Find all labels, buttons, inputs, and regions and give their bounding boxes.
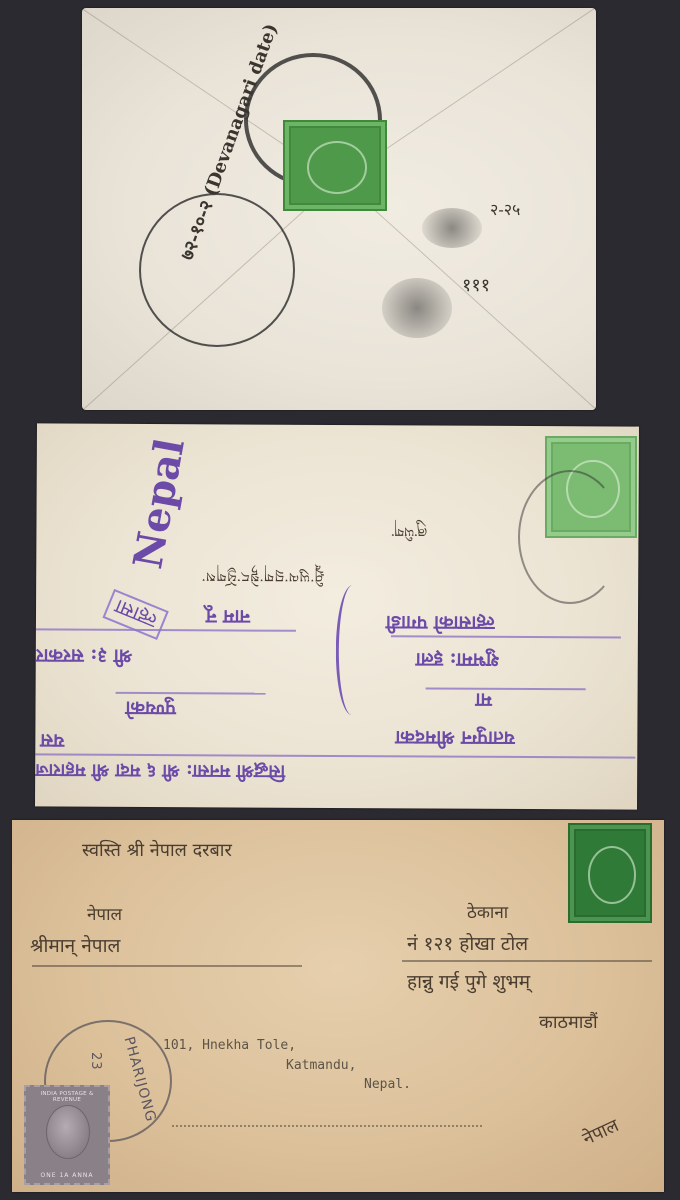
typed-address-line: Katmandu, bbox=[286, 1058, 356, 1073]
handwritten-line: नेपाल bbox=[87, 902, 122, 925]
king-portrait-icon bbox=[46, 1105, 90, 1159]
stamp-value-left: ONE bbox=[41, 1172, 57, 1179]
boxed-annotation: ल्हासा bbox=[102, 589, 168, 640]
stamp-value: ONE 1A ANNA bbox=[26, 1172, 108, 1179]
underline bbox=[36, 628, 296, 631]
tibetan-script-word: ཞུ་ཡིག་ bbox=[391, 507, 427, 547]
address-line: ल्हासाको पगाडी bbox=[386, 610, 495, 637]
handwritten-line: ठेकाना bbox=[467, 900, 508, 923]
nepal-annotation: Nepal bbox=[124, 435, 194, 572]
stamp-value-right: ANNA bbox=[72, 1172, 93, 1179]
address-line: नाम नू bbox=[206, 604, 250, 630]
underline bbox=[35, 753, 635, 758]
stamp-value-center: 1A bbox=[59, 1172, 69, 1179]
handwritten-line: हान्नु गई पुगे शुभम् bbox=[407, 968, 530, 994]
partial-cancel-postmark bbox=[518, 470, 622, 604]
typed-address-line: Nepal. bbox=[364, 1077, 411, 1092]
handwritten-scrawl bbox=[172, 1125, 482, 1127]
handwritten-line: नं १२१ होखा टोल bbox=[407, 930, 528, 956]
handwritten-line: काठमाडौं bbox=[539, 1010, 598, 1034]
underline bbox=[391, 635, 621, 638]
handwritten-line: श्रीमान् नेपाल bbox=[30, 932, 120, 958]
handwritten-line: नेपाल bbox=[579, 1113, 623, 1150]
typed-address-line: 101, Hnekha Tole, bbox=[163, 1038, 296, 1053]
handwritten-mark: १११ bbox=[462, 273, 490, 297]
handwritten-mark: २-२५ bbox=[490, 198, 520, 220]
address-line: यस bbox=[40, 728, 64, 754]
green-postage-stamp bbox=[283, 120, 387, 211]
violet-brace bbox=[335, 585, 369, 715]
dated-circular-postmark bbox=[139, 193, 295, 347]
address-line: पुण्यको bbox=[125, 696, 175, 722]
postmark-date: 23 bbox=[88, 1052, 103, 1071]
ink-smudge bbox=[382, 278, 452, 338]
underline bbox=[32, 965, 302, 967]
address-line: सिद्धश्री मनसा: श्री ६ मदा श्री महाराज bbox=[35, 758, 285, 783]
handwritten-line: स्वस्ति श्री नेपाल दरबार bbox=[82, 838, 232, 862]
address-line: मा bbox=[475, 688, 491, 714]
underline bbox=[402, 960, 652, 962]
address-line: श्री ३: सरकार bbox=[36, 643, 133, 670]
underline bbox=[426, 687, 586, 690]
india-one-anna-stamp: INDIA POSTAGE & REVENUE ONE 1A ANNA bbox=[24, 1085, 110, 1185]
underline bbox=[116, 692, 266, 695]
stamp-top-legend: INDIA POSTAGE & REVENUE bbox=[26, 1091, 108, 1103]
tibetan-script-line: ཤྲཱི་ཡུལ་བྲག་སྟེང་ཕྱོགས་ bbox=[201, 552, 324, 593]
green-postage-stamp bbox=[568, 823, 652, 923]
ink-smudge bbox=[422, 208, 482, 248]
address-line: यतापुग्न श्रीमदका bbox=[395, 725, 515, 752]
address-line: शुभमा: इला bbox=[416, 647, 499, 673]
